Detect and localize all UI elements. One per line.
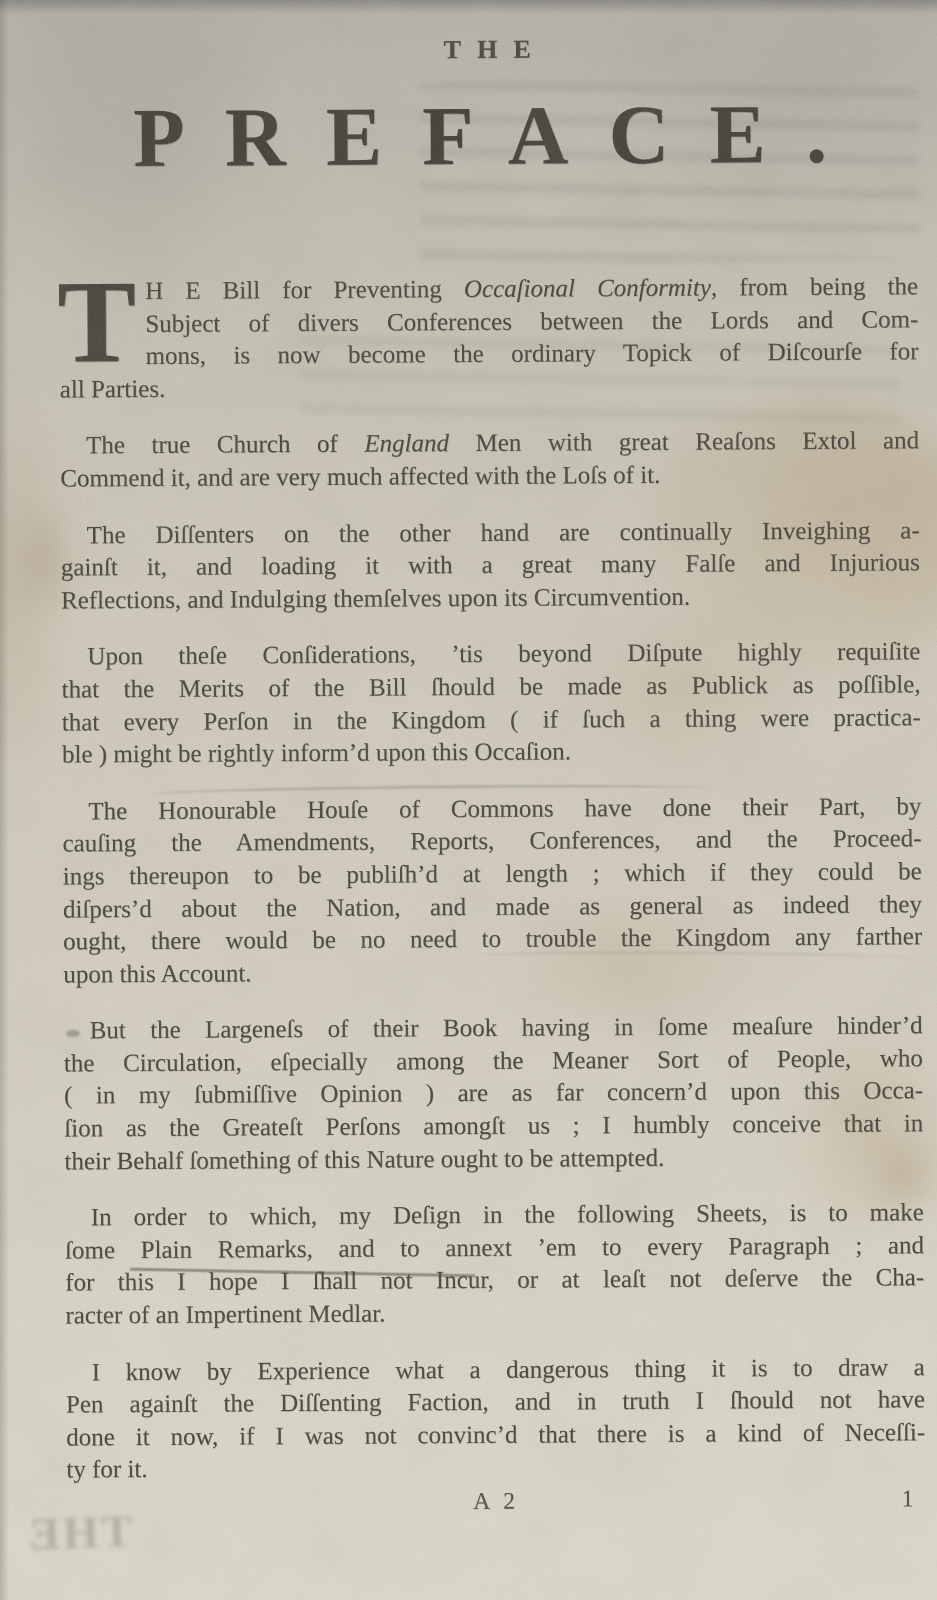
text-line: their Behalf ſomething of this Nature ou…: [64, 1141, 923, 1179]
text-segment: mons, is now become the ordinary Topick …: [145, 338, 918, 370]
paragraph: But the Largeneſs of their Book having i…: [64, 1011, 924, 1179]
text-segment: done it now, if I was not convinc’d that…: [66, 1419, 925, 1451]
text-line: diſpers’d about the Nation, and made as …: [63, 889, 922, 927]
text-line: But the Largeneſs of their Book having i…: [64, 1011, 923, 1049]
text-line: ſion as the Greateſt Perſons amongſt us …: [64, 1108, 923, 1146]
text-line: Pen againſt the Diſſenting Faction, and …: [66, 1384, 925, 1422]
text-segment: that every Perſon in the Kingdom ( if ſu…: [62, 704, 921, 736]
text-line: upon this Account.: [63, 954, 922, 992]
paragraph: In order to which, my Deſign in the foll…: [65, 1197, 925, 1333]
text-segment: racter of an Impertinent Medlar.: [65, 1301, 385, 1330]
page-number: 1: [519, 1486, 926, 1515]
text-line: done it now, if I was not convinc’d that…: [66, 1417, 925, 1455]
text-line: The true Church of England Men with grea…: [60, 426, 919, 464]
paragraph: The true Church of England Men with grea…: [60, 426, 919, 496]
page-title: PREFACE.: [58, 81, 918, 192]
text-line: that every Perſon in the Kingdom ( if ſu…: [62, 702, 921, 740]
text-line: Commend it, and are very much affected w…: [60, 458, 919, 496]
text-segment: ſion as the Greateſt Perſons amongſt us …: [64, 1110, 923, 1142]
text-segment: their Behalf ſomething of this Nature ou…: [64, 1144, 664, 1175]
ink-fleck: [66, 1030, 80, 1037]
text-segment: ought, there would be no need to trouble…: [63, 923, 922, 955]
text-segment: I know by Experience what a dangerous th…: [92, 1354, 925, 1386]
text-segment: In order to which, my Deſign in the foll…: [91, 1199, 924, 1231]
half-title: THE: [58, 29, 917, 70]
text-line: racter of an Impertinent Medlar.: [65, 1295, 924, 1333]
text-segment: Subject of divers Conferences between th…: [145, 306, 918, 338]
paragraph: TH E Bill for Preventing Occaſional Conf…: [59, 271, 919, 407]
text-line: I know by Experience what a dangerous th…: [66, 1352, 925, 1390]
text-line: ought, there would be no need to trouble…: [63, 921, 922, 959]
text-segment: that the Merits of the Bill ſhould be ma…: [61, 671, 920, 703]
text-line: ings thereupon to be publiſh’d at length…: [63, 856, 922, 894]
page-content: THE PREFACE. TH E Bill for Preventing Oc…: [0, 0, 937, 1519]
paragraph: Upon theſe Conſiderations, ’tis beyond D…: [61, 637, 921, 773]
scanned-page: THE PREFACE. TH E Bill for Preventing Oc…: [0, 0, 937, 1600]
text-line: ( in my ſubmiſſive Opinion ) are as far …: [64, 1076, 923, 1114]
text-line: In order to which, my Deſign in the foll…: [65, 1197, 924, 1235]
text-segment: ſome Plain Remarks, and to annext ’em to…: [65, 1232, 924, 1264]
text-segment: , from being the: [711, 273, 918, 301]
italic-text: England: [364, 430, 449, 458]
text-segment: The true Church of: [86, 431, 364, 460]
text-line: cauſing the Amendments, Reports, Confere…: [62, 824, 921, 862]
text-line: mons, is now become the ordinary Topick …: [145, 336, 918, 373]
text-line: ble ) might be rightly inform’d upon thi…: [62, 734, 921, 772]
preface-body: TH E Bill for Preventing Occaſional Conf…: [59, 271, 925, 1487]
italic-text: Occaſional Conformity: [464, 275, 711, 304]
text-segment: diſpers’d about the Nation, and made as …: [63, 891, 922, 923]
text-segment: Reflections, and Indulging themſelves up…: [61, 583, 690, 614]
bleed-through-text: THE: [25, 1504, 133, 1561]
text-line: that the Merits of the Bill ſhould be ma…: [61, 669, 920, 707]
paragraph: The Diſſenters on the other hand are con…: [61, 515, 921, 618]
paragraph: The Honourable Houſe of Commons have don…: [62, 791, 922, 992]
text-segment: ings thereupon to be publiſh’d at length…: [63, 858, 922, 890]
drop-cap: T: [57, 279, 136, 365]
text-line: all Parties.: [60, 369, 919, 407]
text-line: the Circulation, eſpecially among the Me…: [64, 1043, 923, 1081]
text-line: gainſt it, and loading it with a great m…: [61, 547, 920, 585]
text-segment: The Diſſenters on the other hand are con…: [87, 517, 920, 549]
text-segment: But the Largeneſs of their Book having i…: [90, 1013, 923, 1045]
text-line: The Diſſenters on the other hand are con…: [61, 515, 920, 553]
text-segment: Upon theſe Conſiderations, ’tis beyond D…: [87, 639, 920, 671]
text-segment: upon this Account.: [63, 960, 251, 988]
signature-mark: A 2: [473, 1489, 519, 1516]
paragraph: I know by Experience what a dangerous th…: [66, 1352, 926, 1488]
text-line: Reflections, and Indulging themſelves up…: [61, 580, 920, 618]
text-line: Upon theſe Conſiderations, ’tis beyond D…: [61, 637, 920, 675]
text-segment: gainſt it, and loading it with a great m…: [61, 549, 920, 581]
text-line: ſome Plain Remarks, and to annext ’em to…: [65, 1230, 924, 1268]
text-segment: Commend it, and are very much affected w…: [60, 462, 660, 493]
text-segment: The Honourable Houſe of Commons have don…: [88, 793, 921, 825]
text-segment: Pen againſt the Diſſenting Faction, and …: [66, 1386, 925, 1418]
text-segment: the Circulation, eſpecially among the Me…: [64, 1045, 923, 1077]
text-segment: Men with great Reaſons Extol and: [449, 428, 919, 458]
text-segment: cauſing the Amendments, Reports, Confere…: [62, 826, 921, 858]
text-segment: ble ) might be rightly inform’d upon thi…: [62, 738, 571, 768]
text-segment: ty for it.: [66, 1456, 147, 1483]
text-segment: ( in my ſubmiſſive Opinion ) are as far …: [64, 1078, 923, 1110]
text-line: Subject of divers Conferences between th…: [145, 304, 918, 341]
page-footer: A 2 1: [66, 1486, 925, 1518]
text-line: The Honourable Houſe of Commons have don…: [62, 791, 921, 829]
text-line: ty for it.: [66, 1450, 925, 1488]
text-segment: H E Bill for Preventing: [145, 276, 464, 305]
text-line: H E Bill for Preventing Occaſional Confo…: [145, 271, 918, 308]
